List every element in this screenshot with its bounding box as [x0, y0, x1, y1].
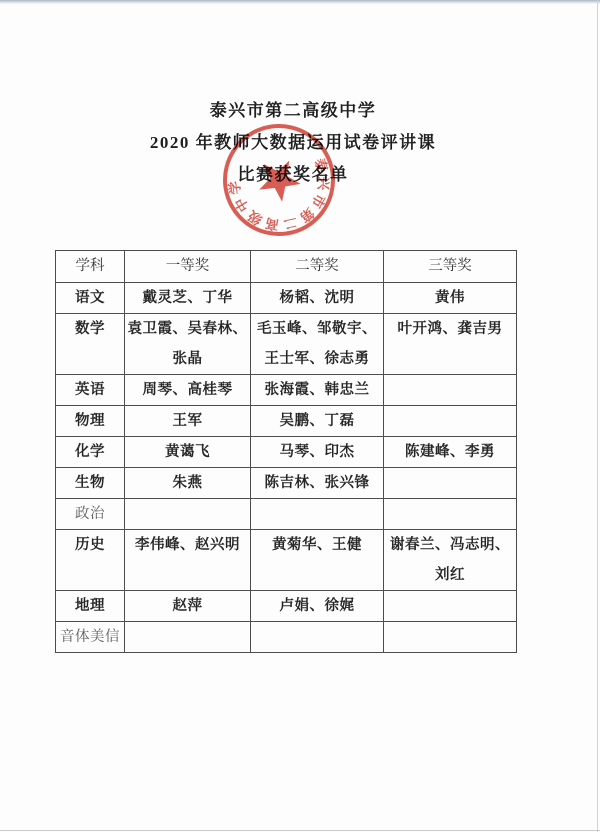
- header-third-prize: 三等奖: [384, 251, 517, 283]
- third-prize-cell: [384, 591, 517, 622]
- subject-cell: 历史: [56, 530, 125, 591]
- third-prize-cell: 谢春兰、冯志明、 刘红: [384, 530, 517, 591]
- table-row: 生物朱燕陈吉林、张兴锋: [56, 468, 517, 499]
- first-prize-cell: [125, 499, 251, 530]
- page-edge-top: [0, 0, 600, 4]
- first-prize-cell: 赵萍: [125, 591, 251, 622]
- third-prize-cell: 叶开鸿、龚吉男: [384, 314, 517, 375]
- third-prize-cell: 黄伟: [384, 283, 517, 314]
- table-row: 物理王军吴鹏、丁磊: [56, 406, 517, 437]
- header-second-prize: 二等奖: [251, 251, 384, 283]
- page-edge-bottom: [0, 830, 600, 831]
- title-line-3: 比赛获奖名单: [0, 159, 586, 191]
- second-prize-cell: 陈吉林、张兴锋: [251, 468, 384, 499]
- first-prize-cell: 李伟峰、赵兴明: [125, 530, 251, 591]
- second-prize-cell: [251, 622, 384, 653]
- third-prize-cell: [384, 375, 517, 406]
- first-prize-cell: 朱燕: [125, 468, 251, 499]
- subject-cell: 音体美信: [56, 622, 125, 653]
- subject-cell: 化学: [56, 437, 125, 468]
- awards-table: 学科 一等奖 二等奖 三等奖 语文戴灵芝、丁华杨韬、沈明黄伟数学袁卫霞、吴春林、…: [55, 250, 517, 653]
- table-row: 化学黄蔼飞马琴、印杰陈建峰、李勇: [56, 437, 517, 468]
- table-row: 地理赵萍卢娟、徐娓: [56, 591, 517, 622]
- header-subject: 学科: [56, 251, 125, 283]
- first-prize-cell: 王军: [125, 406, 251, 437]
- third-prize-cell: [384, 406, 517, 437]
- table-header-row: 学科 一等奖 二等奖 三等奖: [56, 251, 517, 283]
- subject-cell: 生物: [56, 468, 125, 499]
- subject-cell: 数学: [56, 314, 125, 375]
- first-prize-cell: 戴灵芝、丁华: [125, 283, 251, 314]
- first-prize-cell: [125, 622, 251, 653]
- table-row: 政治: [56, 499, 517, 530]
- third-prize-cell: [384, 499, 517, 530]
- table-row: 音体美信: [56, 622, 517, 653]
- first-prize-cell: 黄蔼飞: [125, 437, 251, 468]
- page-edge-right: [597, 0, 598, 832]
- table-row: 历史李伟峰、赵兴明黄菊华、王健谢春兰、冯志明、 刘红: [56, 530, 517, 591]
- second-prize-cell: 杨韬、沈明: [251, 283, 384, 314]
- second-prize-cell: 马琴、印杰: [251, 437, 384, 468]
- third-prize-cell: 陈建峰、李勇: [384, 437, 517, 468]
- subject-cell: 英语: [56, 375, 125, 406]
- subject-cell: 政治: [56, 499, 125, 530]
- table-row: 数学袁卫霞、吴春林、 张晶毛玉峰、邹敬宇、 王士军、徐志勇叶开鸿、龚吉男: [56, 314, 517, 375]
- document-title: 泰兴市第二高级中学 2020 年教师大数据运用试卷评讲课 比赛获奖名单: [0, 95, 586, 191]
- title-line-1: 泰兴市第二高级中学: [0, 95, 586, 127]
- third-prize-cell: [384, 622, 517, 653]
- second-prize-cell: 卢娟、徐娓: [251, 591, 384, 622]
- second-prize-cell: [251, 499, 384, 530]
- subject-cell: 语文: [56, 283, 125, 314]
- second-prize-cell: 毛玉峰、邹敬宇、 王士军、徐志勇: [251, 314, 384, 375]
- second-prize-cell: 吴鹏、丁磊: [251, 406, 384, 437]
- header-first-prize: 一等奖: [125, 251, 251, 283]
- second-prize-cell: 张海霞、韩忠兰: [251, 375, 384, 406]
- subject-cell: 物理: [56, 406, 125, 437]
- third-prize-cell: [384, 468, 517, 499]
- subject-cell: 地理: [56, 591, 125, 622]
- title-line-2: 2020 年教师大数据运用试卷评讲课: [0, 127, 586, 159]
- awards-table-body: 语文戴灵芝、丁华杨韬、沈明黄伟数学袁卫霞、吴春林、 张晶毛玉峰、邹敬宇、 王士军…: [56, 283, 517, 653]
- first-prize-cell: 周琴、高桂琴: [125, 375, 251, 406]
- second-prize-cell: 黄菊华、王健: [251, 530, 384, 591]
- first-prize-cell: 袁卫霞、吴春林、 张晶: [125, 314, 251, 375]
- table-row: 英语周琴、高桂琴张海霞、韩忠兰: [56, 375, 517, 406]
- table-row: 语文戴灵芝、丁华杨韬、沈明黄伟: [56, 283, 517, 314]
